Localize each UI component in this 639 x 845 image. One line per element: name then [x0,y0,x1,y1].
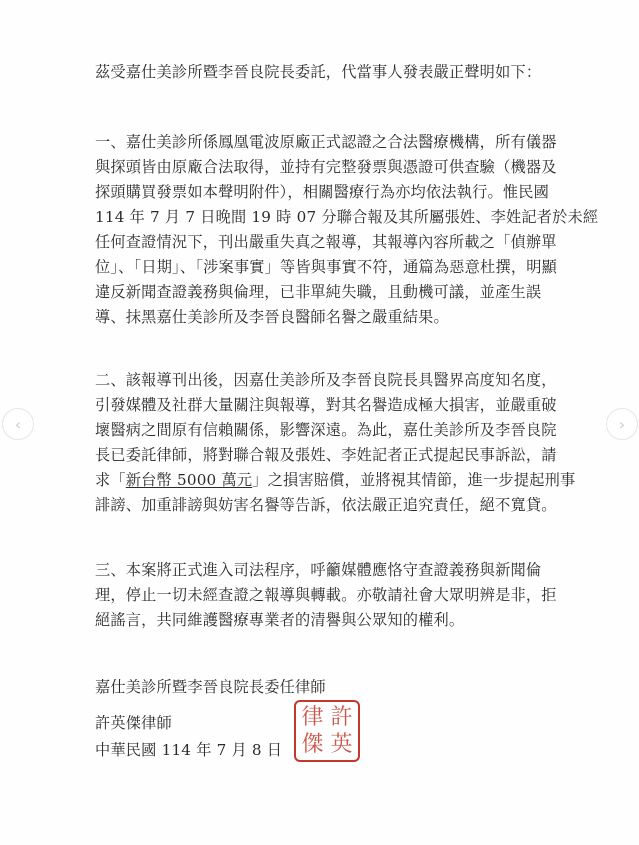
damages-suffix: 」之損害賠償，並將視其情節，進一步提起刑事 [252,471,575,489]
seal-char: 律 [298,704,327,731]
section2-line: 誹謗、加重誹謗與妨害名譽等告訴，依法嚴正追究責任，絕不寬貸。 [95,495,557,515]
seal-char: 傑 [298,731,327,758]
section2-line: 二、該報導刊出後，因嘉仕美診所及李晉良院長具醫界高度知名度， [95,370,557,390]
section2-line: 引發媒體及社群大量關注與報導，對其名譽造成極大損害，並嚴重破 [95,395,557,415]
next-image-button[interactable]: › [606,408,638,440]
signature-lawyer: 許英傑律師 [95,713,172,733]
section1-line: 114 年 7 月 7 日晚間 19 時 07 分聯合報及其所屬張姓、李姓記者於… [95,207,598,227]
section1-line: 導、抹黑嘉仕美診所及李晉良醫師名譽之嚴重結果。 [95,307,449,327]
section1-line: 違反新聞查證義務與倫理，已非單純失職，且動機可議，並產生誤 [95,282,541,302]
signature-date: 中華民國 114 年 7 月 8 日 [95,740,282,760]
section1-line: 位」、「日期」、「涉案事實」等皆與事實不符，通篇為惡意杜撰，明顯 [95,257,557,277]
seal-char: 英 [327,731,356,758]
section2-line-damages: 求「新台幣 5000 萬元」之損害賠償，並將視其情節，進一步提起刑事 [95,470,575,490]
previous-image-button[interactable]: ‹ [2,408,34,440]
section1-line: 與探頭皆由原廠合法取得，並持有完整發票與憑證可供查驗（機器及 [95,157,557,177]
section3-line: 理，停止一切未經查證之報導與轉載。亦敬請社會大眾明辨是非，拒 [95,585,557,605]
intro-text: 茲受嘉仕美診所暨李晉良院長委託，代當事人發表嚴正聲明如下： [95,62,541,82]
damages-amount: 新台幣 5000 萬元 [126,471,252,489]
lawyer-seal-stamp: 律 許 傑 英 [294,700,360,762]
section1-line: 探頭購買發票如本聲明附件），相關醫療行為亦均依法執行。惟民國 [95,182,549,202]
section2-line: 壞醫病之間原有信賴關係，影響深遠。為此，嘉仕美診所及李晉良院 [95,420,557,440]
section3-line: 絕謠言，共同維護醫療專業者的清譽與公眾知的權利。 [95,610,464,630]
chevron-left-icon: ‹ [15,415,21,434]
section1-line: 一、嘉仕美診所係鳳凰電波原廠正式認證之合法醫療機構，所有儀器 [95,132,557,152]
section2-line: 長已委託律師，將對聯合報及張姓、李姓記者正式提起民事訴訟，請 [95,445,557,465]
section3-line: 三、本案將正式進入司法程序，呼籲媒體應恪守查證義務與新聞倫 [95,560,541,580]
chevron-right-icon: › [619,415,625,434]
damages-prefix: 求「 [95,471,126,489]
signature-firm: 嘉仕美診所暨李晉良院長委任律師 [95,677,326,697]
statement-document: 茲受嘉仕美診所暨李晉良院長委託，代當事人發表嚴正聲明如下： 一、嘉仕美診所係鳳凰… [0,0,639,845]
section1-line: 任何查證情況下，刊出嚴重失真之報導，其報導內容所載之「偵辦單 [95,232,557,252]
seal-char: 許 [327,704,356,731]
